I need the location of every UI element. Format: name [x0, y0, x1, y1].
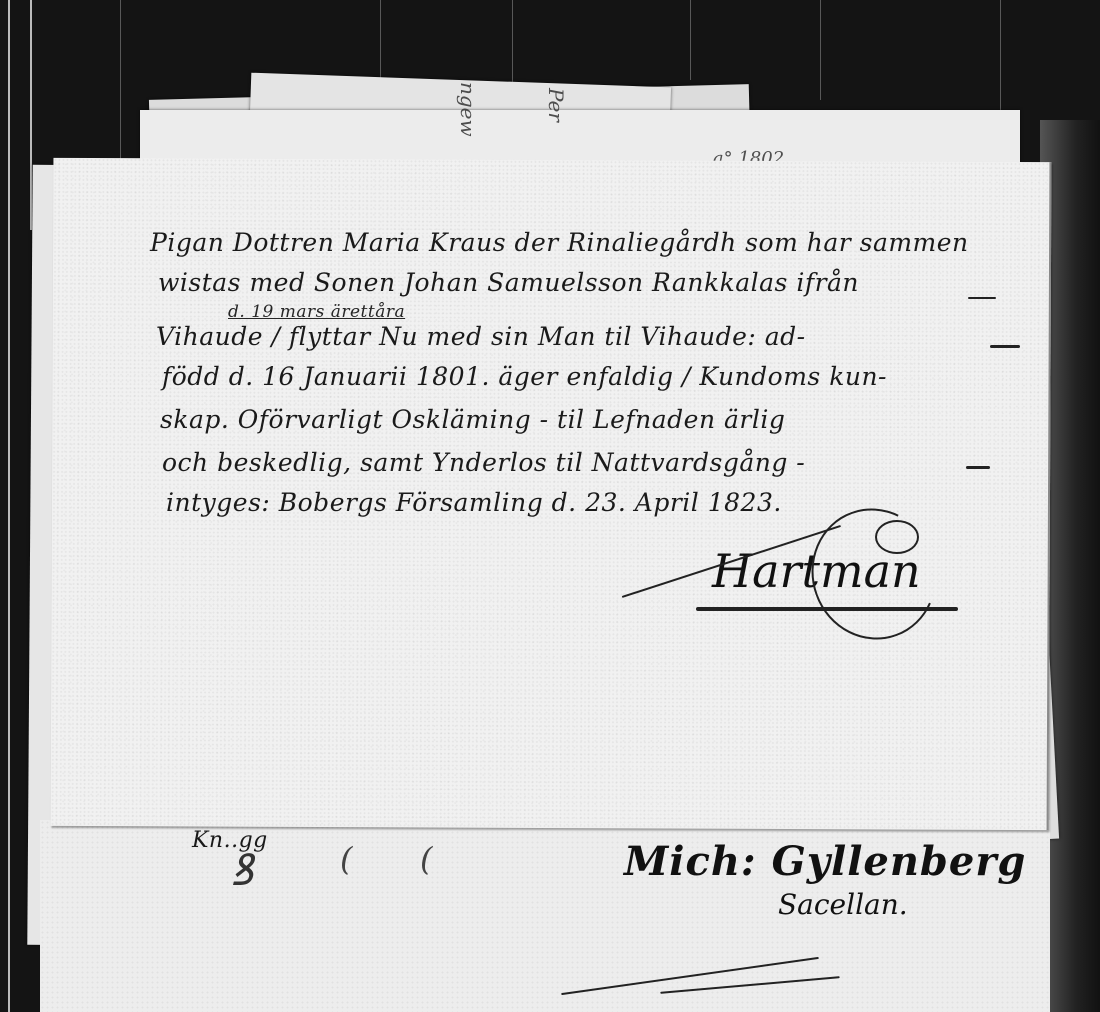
- lower-sheet-stroke: (: [420, 840, 433, 878]
- lower-sheet-stroke: (: [340, 840, 353, 878]
- line-end-dash: [966, 466, 990, 469]
- background-vertical-fragment: Per: [544, 88, 568, 122]
- body-line-2: wistas med Sonen Johan Samuelsson Rankka…: [158, 268, 859, 297]
- body-line-7: intyges: Bobergs Församling d. 23. April…: [166, 488, 782, 517]
- lower-sheet-stroke: ꝸ: [230, 838, 254, 898]
- body-line-6: och beskedlig, samt Ynderlos til Nattvar…: [162, 448, 805, 477]
- scan-streak: [120, 0, 121, 160]
- scan-streak: [820, 0, 821, 100]
- body-line-3: Vihaude / flyttar Nu med sin Man til Vih…: [156, 322, 806, 351]
- scan-streak: [690, 0, 691, 80]
- background-vertical-fragment: ngew: [456, 82, 480, 137]
- interlinear-insertion: d. 19 mars ärettåra: [228, 302, 405, 322]
- body-line-4: född d. 16 Januarii 1801. äger enfaldig …: [162, 362, 887, 391]
- line-end-dash: [990, 345, 1020, 348]
- body-line-5: skap. Oförvarligt Oskläming - til Lefnad…: [160, 405, 785, 434]
- signature-title-sacellan: Sacellan.: [778, 888, 908, 921]
- signature-flourish-loop: [875, 520, 919, 554]
- signature-underline: [696, 607, 958, 611]
- body-line-1: Pigan Dottren Maria Kraus der Rinaliegår…: [150, 228, 969, 257]
- line-end-dash: [968, 297, 996, 299]
- signature-gyllenberg: Mich: Gyllenberg: [624, 838, 1026, 885]
- scan-streak: [8, 0, 10, 1012]
